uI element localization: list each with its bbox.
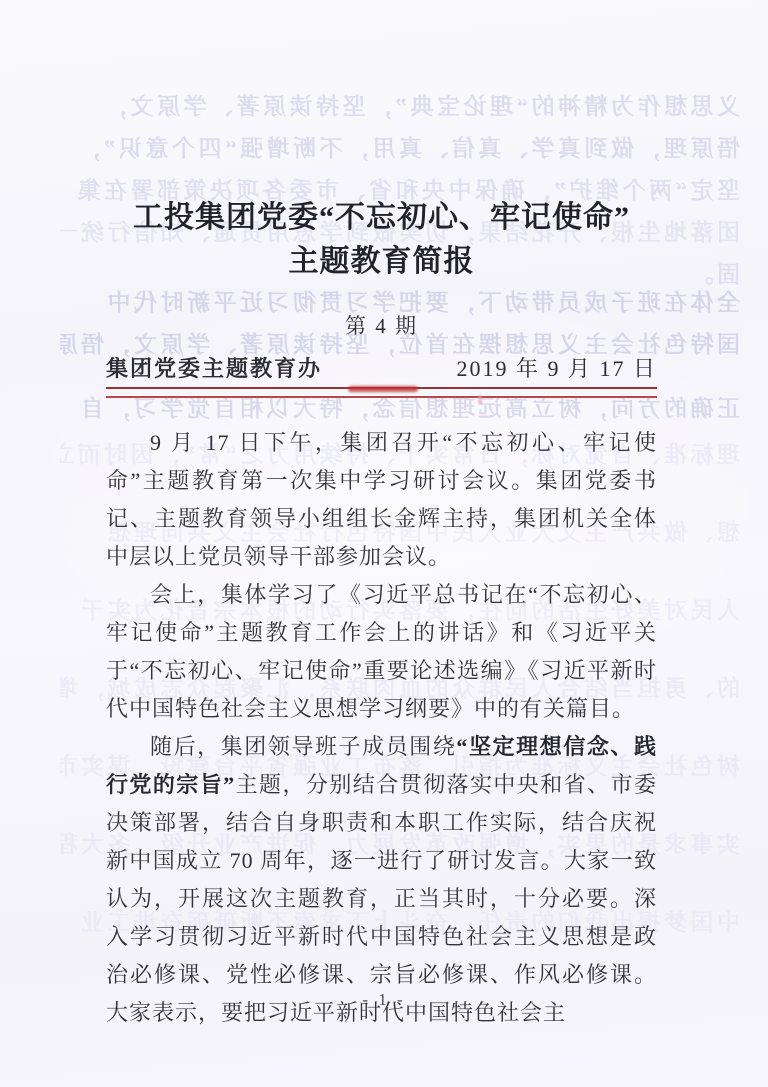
paragraph-text: 主题，分别结合贯彻落实中央和省、市委决策部署，结合自身职责和本职工作实际，结合庆…	[106, 772, 657, 1025]
title-line-1: 工投集团党委“不忘初心、牢记使命”	[106, 196, 657, 240]
issue-row: 集团党委主题教育办 2019 年 9 月 17 日	[106, 352, 657, 383]
pink-mark	[478, 395, 482, 404]
paragraph: 9 月 17 日下午，集团召开“不忘初心、牢记使命”主题教育第一次集中学习研讨会…	[106, 424, 657, 576]
red-ink-smudge	[348, 386, 418, 392]
paragraph-text: 9 月 17 日下午，集团召开“不忘初心、牢记使命”主题教育第一次集中学习研讨会…	[106, 430, 657, 569]
issuing-office: 集团党委主题教育办	[106, 352, 322, 383]
paragraph-text: 随后，集团领导班子成员围绕	[150, 734, 456, 759]
scanned-bulletin-page: 义思想作为精神的“理论宝典”，坚持读原著、学原文，悟原理，做到真学、真信、真用，…	[0, 0, 768, 1087]
title-line-2: 主题教育简报	[106, 240, 657, 284]
issue-date: 2019 年 9 月 17 日	[456, 352, 657, 383]
page-number: - 1 -	[0, 990, 768, 1010]
paragraph-text: 会上，集体学习了《习近平总书记在“不忘初心、牢记使命”主题教育工作会上的讲话》和…	[106, 582, 657, 721]
paragraph: 会上，集体学习了《习近平总书记在“不忘初心、牢记使命”主题教育工作会上的讲话》和…	[106, 576, 657, 728]
paragraph: 随后，集团领导班子成员围绕“坚定理想信念、践行党的宗旨”主题，分别结合贯彻落实中…	[106, 728, 657, 1032]
document-body: 9 月 17 日下午，集团召开“不忘初心、牢记使命”主题教育第一次集中学习研讨会…	[106, 424, 657, 1032]
document-title: 工投集团党委“不忘初心、牢记使命” 主题教育简报	[106, 196, 657, 284]
document-content: 工投集团党委“不忘初心、牢记使命” 主题教育简报 第 4 期 集团党委主题教育办…	[106, 0, 657, 1032]
issue-number: 第 4 期	[106, 310, 657, 340]
red-divider-rule	[106, 387, 657, 398]
